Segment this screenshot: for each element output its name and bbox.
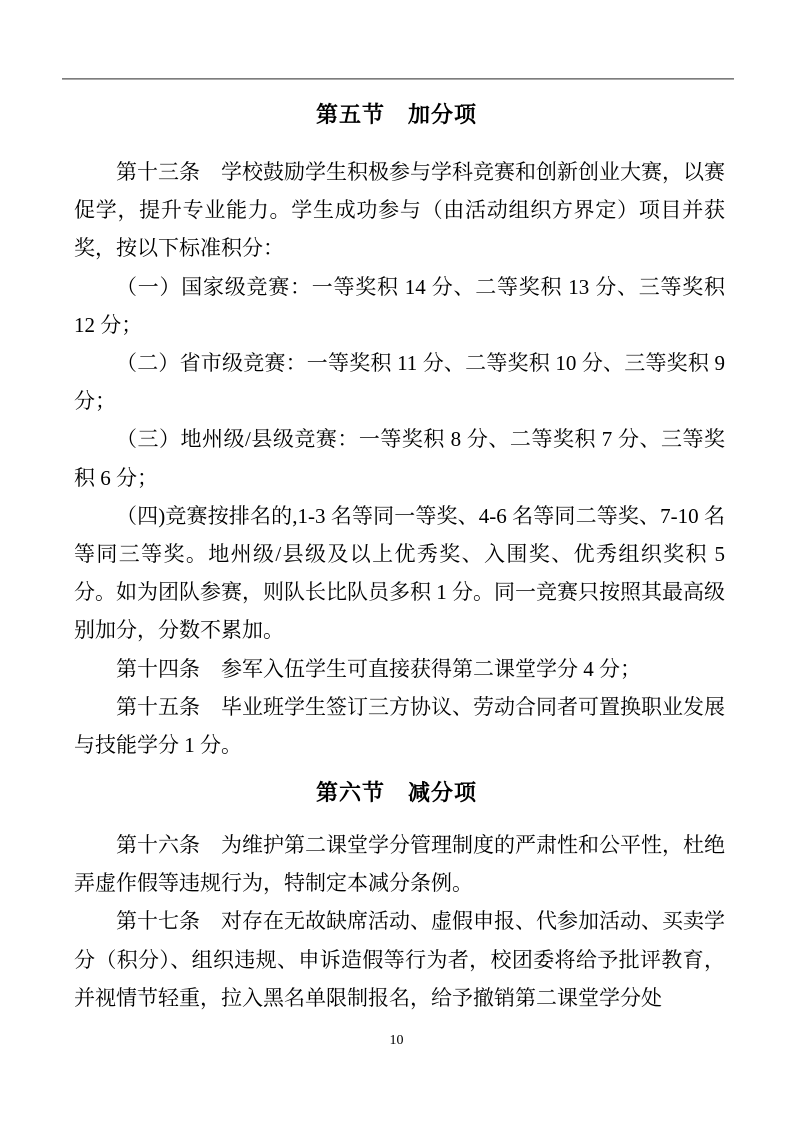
paragraph-item-1: （一）国家级竞赛：一等奖积 14 分、二等奖积 13 分、三等奖积 12 分； [74,268,725,344]
section-5-body: 第十三条 学校鼓励学生积极参与学科竞赛和创新创业大赛，以赛促学，提升专业能力。学… [74,153,725,764]
page-number: 10 [0,1033,793,1049]
section-6-body: 第十六条 为维护第二课堂学分管理制度的严肃性和公平性，杜绝弄虚作假等违规行为，特… [74,826,725,1017]
paragraph-article-17: 第十七条 对存在无故缺席活动、虚假申报、代参加活动、买卖学分（积分）、组织违规、… [74,902,725,1017]
paragraph-item-3: （三）地州级/县级竞赛：一等奖积 8 分、二等奖积 7 分、三等奖积 6 分； [74,420,725,496]
paragraph-item-2: （二）省市级竞赛：一等奖积 11 分、二等奖积 10 分、三等奖积 9 分； [74,344,725,420]
paragraph-article-15: 第十五条 毕业班学生签订三方协议、劳动合同者可置换职业发展与技能学分 1 分。 [74,688,725,764]
section-6-heading: 第六节 减分项 [0,778,793,808]
paragraph-item-4: （四)竞赛按排名的,1-3 名等同一等奖、4-6 名等同二等奖、7-10 名等同… [74,497,725,650]
header-rule [62,78,734,80]
section-5-heading: 第五节 加分项 [0,100,793,130]
paragraph-article-13: 第十三条 学校鼓励学生积极参与学科竞赛和创新创业大赛，以赛促学，提升专业能力。学… [74,153,725,268]
paragraph-article-14: 第十四条 参军入伍学生可直接获得第二课堂学分 4 分； [74,650,725,688]
paragraph-article-16: 第十六条 为维护第二课堂学分管理制度的严肃性和公平性，杜绝弄虚作假等违规行为，特… [74,826,725,902]
document-page: 第五节 加分项 第十三条 学校鼓励学生积极参与学科竞赛和创新创业大赛，以赛促学，… [0,0,793,1122]
